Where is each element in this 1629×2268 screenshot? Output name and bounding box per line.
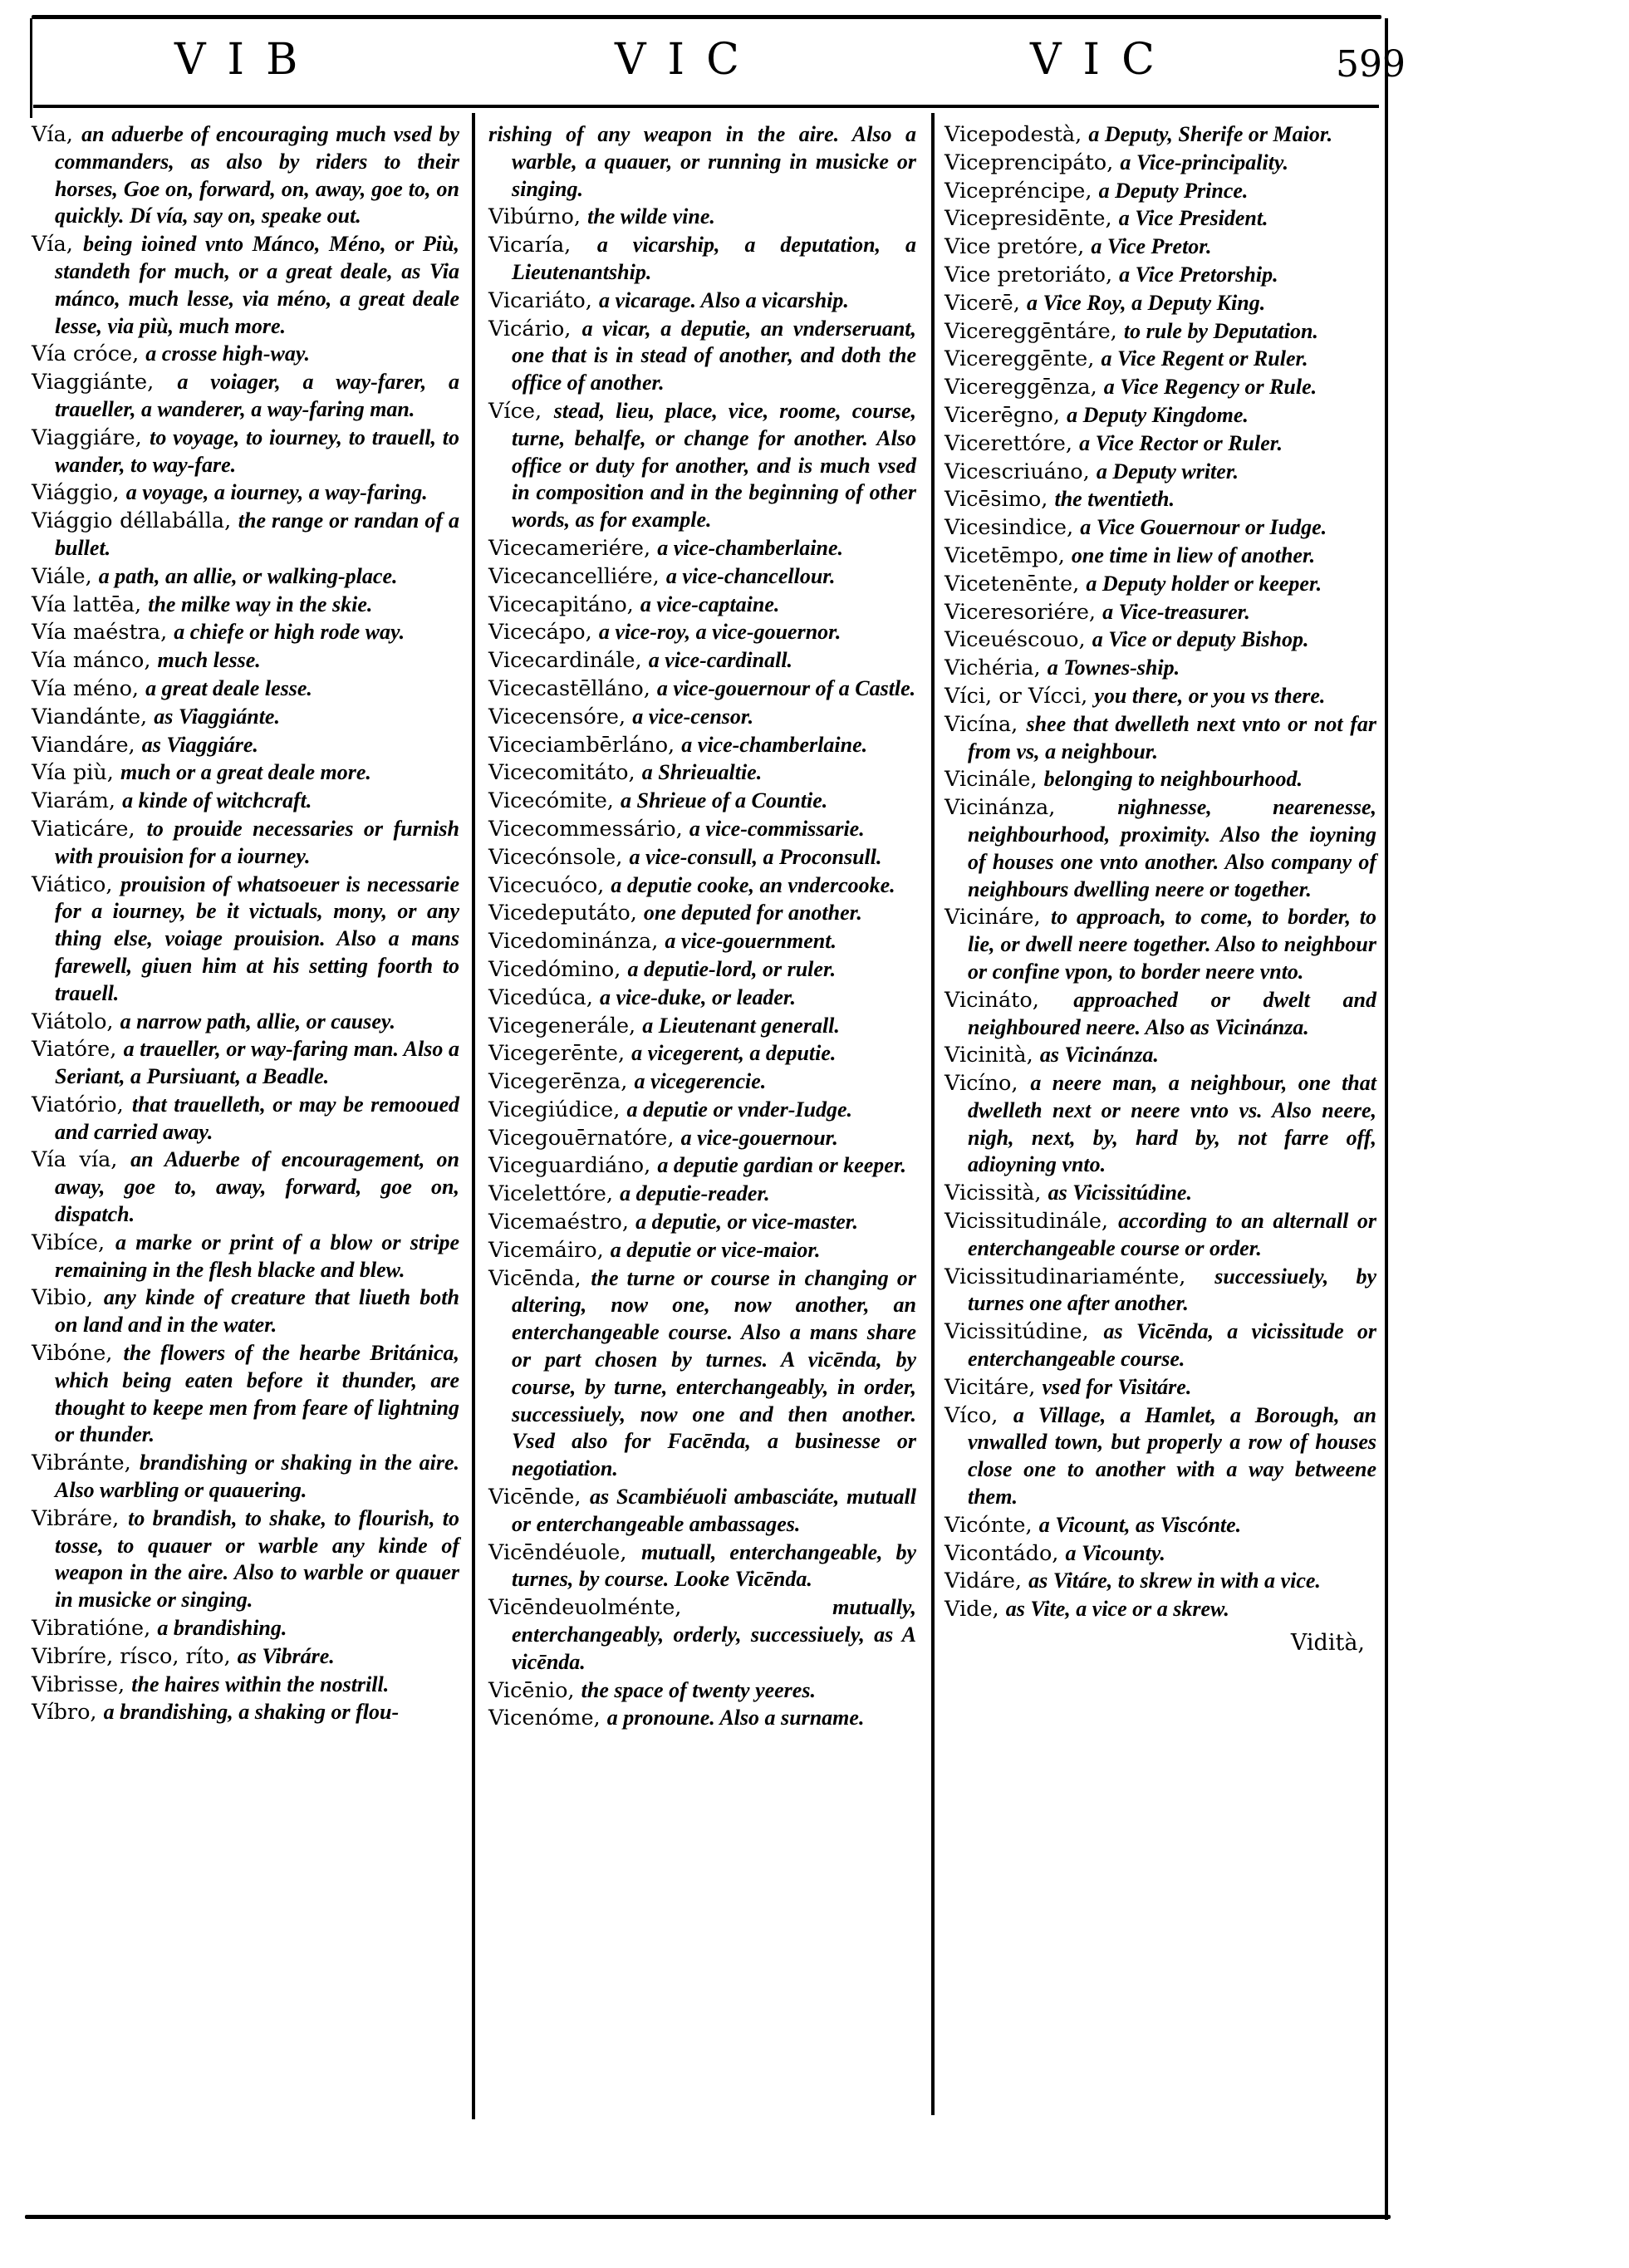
dictionary-entry: Vicegiúdice, a deputie or vnder-Iudge. bbox=[488, 1097, 916, 1124]
definition: a Deputy, Sherife or Maior. bbox=[1088, 122, 1332, 146]
definition: much lesse. bbox=[158, 648, 261, 672]
dictionary-entry: Vicecómite, a Shrieue of a Countie. bbox=[488, 788, 916, 815]
headword: Vicário, bbox=[488, 317, 571, 341]
headword: Vicecapitáno, bbox=[488, 592, 634, 617]
definition: as Vite, a vice or a skrew. bbox=[1006, 1597, 1229, 1621]
definition: one time in liew of another. bbox=[1072, 543, 1315, 567]
headword: Vía méno, bbox=[32, 676, 139, 701]
headword: Vía lattēa, bbox=[32, 592, 141, 617]
headword: Viaticáre, bbox=[32, 817, 135, 842]
dictionary-entry: Viággio, a voyage, a iourney, a way-fari… bbox=[32, 479, 459, 507]
dictionary-entry: Vibráre, to brandish, to shake, to flour… bbox=[32, 1505, 459, 1614]
headword: Vidáre, bbox=[945, 1568, 1022, 1593]
definition: as Vitáre, to skrew in with a vice. bbox=[1028, 1568, 1321, 1593]
definition: a Shrieualtie. bbox=[642, 760, 762, 784]
definition: a traueller, or way-faring man. Also a S… bbox=[55, 1037, 459, 1088]
dictionary-entry: Vicissitudinále, according to an alterna… bbox=[945, 1208, 1376, 1263]
dictionary-entry: Vicemaéstro, a deputie, or vice-master. bbox=[488, 1209, 916, 1236]
headword: Vicecomitáto, bbox=[488, 760, 635, 785]
definition: a Lieutenant generall. bbox=[642, 1014, 840, 1038]
definition: a vicar, a deputie, an vnderseruant, one… bbox=[512, 317, 916, 395]
dictionary-entry: Vicegerēnte, a vicegerent, a deputie. bbox=[488, 1040, 916, 1068]
definition: a Vicount, as Viscónte. bbox=[1039, 1513, 1241, 1537]
column-3: Vicepodestà, a Deputy, Sherife or Maior.… bbox=[945, 121, 1376, 1657]
dictionary-entry: Viátolo, a narrow path, allie, or causey… bbox=[32, 1009, 459, 1036]
dictionary-entry: Vicecensóre, a vice-censor. bbox=[488, 704, 916, 731]
headword: Vicesindice, bbox=[945, 515, 1073, 540]
headword: Viceprencipáto, bbox=[945, 150, 1113, 175]
dictionary-entry: Vicecuóco, a deputie cooke, an vndercook… bbox=[488, 872, 916, 900]
dictionary-entry: Vicário, a vicar, a deputie, an vnderser… bbox=[488, 316, 916, 397]
definition: the haires within the nostrill. bbox=[131, 1672, 389, 1696]
headword: Vicemáiro, bbox=[488, 1238, 604, 1263]
headword: Vice pretóre, bbox=[945, 234, 1084, 259]
headword: Vibratióne, bbox=[32, 1616, 150, 1641]
definition: a vice-commissarie. bbox=[689, 817, 865, 841]
headword: Viatóre, bbox=[32, 1037, 116, 1062]
definition: as Vicinánza. bbox=[1040, 1043, 1159, 1067]
dictionary-entry: Vicereggēntáre, to rule by Deputation. bbox=[945, 318, 1376, 346]
definition: stead, lieu, place, vice, roome, course,… bbox=[512, 399, 916, 532]
dictionary-entry: Vibúrno, the wilde vine. bbox=[488, 204, 916, 231]
headword: Vicontádo, bbox=[945, 1541, 1058, 1566]
headword: Vicegerēnza, bbox=[488, 1069, 627, 1094]
headword: Viceguardiáno, bbox=[488, 1153, 650, 1178]
dictionary-page: VIB VIC VIC 599 Vía, an aduerbe of encou… bbox=[25, 15, 1387, 2250]
catchword: Vidità, bbox=[945, 1630, 1376, 1657]
headword: Vicerettóre, bbox=[945, 431, 1072, 456]
definition: a Vice Regent or Ruler. bbox=[1102, 346, 1308, 371]
definition: as Vicissitúdine. bbox=[1048, 1181, 1192, 1205]
dictionary-entry: Viceciambērláno, a vice-chamberlaine. bbox=[488, 732, 916, 759]
left-guide-word: VIB bbox=[174, 35, 319, 85]
definition: you there, or you vs there. bbox=[1094, 684, 1325, 708]
headword: Vicereggēnza, bbox=[945, 375, 1097, 400]
definition: a path, an allie, or walking-place. bbox=[99, 564, 398, 588]
definition: a vice-gouernour. bbox=[681, 1126, 838, 1150]
definition: one deputed for another. bbox=[644, 901, 862, 925]
dictionary-entry: Vicecameriére, a vice-chamberlaine. bbox=[488, 535, 916, 562]
dictionary-entry: Více, stead, lieu, place, vice, roome, c… bbox=[488, 398, 916, 534]
headword: Vicaría, bbox=[488, 233, 571, 258]
headword: Vicecónsole, bbox=[488, 845, 622, 870]
definition: the flowers of the hearbe Británica, whi… bbox=[55, 1341, 459, 1446]
headword: Viaggiáre, bbox=[32, 425, 142, 450]
definition: a vice-duke, or leader. bbox=[600, 985, 796, 1009]
dictionary-entry: Vía maéstra, a chiefe or high rode way. bbox=[32, 619, 459, 646]
headword: Vía maéstra, bbox=[32, 620, 167, 645]
dictionary-entry: Vicecommessário, a vice-commissarie. bbox=[488, 816, 916, 843]
definition: a Vice President. bbox=[1119, 206, 1268, 230]
headword: Vía cróce, bbox=[32, 341, 139, 366]
headword: Vicecastēlláno, bbox=[488, 676, 650, 701]
definition: a Deputy holder or keeper. bbox=[1086, 572, 1322, 596]
headword: Vicedúca, bbox=[488, 985, 593, 1010]
dictionary-entry: Vicissitudinariaménte, successiuely, by … bbox=[945, 1264, 1376, 1318]
dictionary-entry: Vicecancelliére, a vice-chancellour. bbox=[488, 563, 916, 591]
dictionary-entry: Vidáre, as Vitáre, to skrew in with a vi… bbox=[945, 1568, 1376, 1595]
definition: a Vice Gouernour or Iudge. bbox=[1080, 515, 1327, 539]
dictionary-entry: Vicēnio, the space of twenty yeeres. bbox=[488, 1677, 916, 1705]
headword: Viceuéscouo, bbox=[945, 627, 1086, 652]
headword: Vicēsimo, bbox=[945, 487, 1048, 512]
definition: a pronoune. Also a surname. bbox=[607, 1706, 865, 1730]
definition: a vice-chamberlaine. bbox=[657, 536, 843, 560]
definition: a Deputy writer. bbox=[1097, 459, 1239, 484]
definition: a neere man, a neighbour, one that dwell… bbox=[968, 1071, 1376, 1176]
dictionary-entry: Vía lattēa, the milke way in the skie. bbox=[32, 592, 459, 619]
dictionary-entry: Vicēndeuolménte, mutually, enterchangeab… bbox=[488, 1594, 916, 1676]
definition: a Vice Roy, a Deputy King. bbox=[1027, 291, 1265, 315]
right-guide-word: VIC bbox=[1030, 35, 1176, 85]
definition: a brandishing. bbox=[157, 1616, 287, 1640]
dictionary-entry: Vicedominánza, a vice-gouernment. bbox=[488, 928, 916, 955]
definition: a crosse high-way. bbox=[145, 341, 310, 366]
headword: Víci, or Vícci, bbox=[945, 684, 1087, 709]
definition: a Vice Regency or Rule. bbox=[1104, 375, 1317, 399]
dictionary-entry: Vicína, shee that dwelleth next vnto or … bbox=[945, 711, 1376, 766]
headword: Vibíce, bbox=[32, 1230, 105, 1255]
dictionary-entry: Vicenóme, a pronoune. Also a surname. bbox=[488, 1705, 916, 1732]
headword: Viático, bbox=[32, 872, 112, 897]
dictionary-entry: Vicariáto, a vicarage. Also a vicarship. bbox=[488, 287, 916, 315]
dictionary-entry: Vide, as Vite, a vice or a skrew. bbox=[945, 1596, 1376, 1623]
headword: Více, bbox=[488, 399, 542, 424]
dictionary-entry: Vía méno, a great deale lesse. bbox=[32, 675, 459, 703]
headword: Vía, bbox=[32, 122, 73, 147]
dictionary-entry: Vicecastēlláno, a vice-gouernour of a Ca… bbox=[488, 675, 916, 703]
headword: Viceciambērláno, bbox=[488, 733, 675, 758]
headword: Vía più, bbox=[32, 760, 114, 785]
dictionary-entry: Vicerē, a Vice Roy, a Deputy King. bbox=[945, 290, 1376, 317]
headword: Vide, bbox=[945, 1597, 999, 1622]
definition: a deputie or vice-maior. bbox=[611, 1238, 821, 1262]
definition: being ioined vnto Mánco, Méno, or Più, s… bbox=[55, 232, 459, 337]
headword: Vicegerēnte, bbox=[488, 1041, 625, 1066]
definition: a narrow path, allie, or causey. bbox=[120, 1009, 395, 1033]
header-rule bbox=[33, 105, 1379, 108]
headword: Vicissità, bbox=[945, 1181, 1041, 1205]
headword: Vicēndeuolménte, bbox=[488, 1595, 681, 1620]
dictionary-entry: Vicedeputáto, one deputed for another. bbox=[488, 900, 916, 927]
headword: Vicecuóco, bbox=[488, 873, 604, 898]
headword: Vicissitúdine, bbox=[945, 1319, 1089, 1344]
definition: vsed for Visitáre. bbox=[1043, 1375, 1192, 1399]
definition: a Deputy Kingdome. bbox=[1067, 403, 1249, 427]
dictionary-entry: Viceuéscouo, a Vice or deputy Bishop. bbox=[945, 626, 1376, 654]
definition: the turne or course in changing or alter… bbox=[512, 1266, 916, 1481]
headword: Vibránte, bbox=[32, 1451, 131, 1475]
dictionary-entry: Vicíno, a neere man, a neighbour, one th… bbox=[945, 1070, 1376, 1179]
dictionary-entry: Vicegouērnatóre, a vice-gouernour. bbox=[488, 1125, 916, 1152]
headword: Vicinále, bbox=[945, 767, 1038, 792]
headword: Vicepréncipe, bbox=[945, 179, 1092, 204]
dictionary-entry: Vicetēmpo, one time in liew of another. bbox=[945, 542, 1376, 570]
headword: Vicissitudinariaménte, bbox=[945, 1264, 1185, 1289]
column-separator-2 bbox=[931, 113, 935, 2115]
definition: a great deale lesse. bbox=[145, 676, 312, 700]
dictionary-entry: Viceresoriére, a Vice-treasurer. bbox=[945, 599, 1376, 626]
headword: Vicegenerále, bbox=[488, 1014, 635, 1038]
definition: a Vice Rector or Ruler. bbox=[1079, 431, 1283, 455]
headword: Vicíno, bbox=[945, 1071, 1018, 1096]
definition: rishing of any weapon in the aire. Also … bbox=[488, 122, 916, 201]
headword: Vicedeputáto, bbox=[488, 901, 637, 925]
top-rule bbox=[32, 15, 1381, 19]
headword: Víco, bbox=[945, 1403, 998, 1428]
dictionary-entry: Vicesindice, a Vice Gouernour or Iudge. bbox=[945, 514, 1376, 542]
headword: Viaggiánte, bbox=[32, 370, 154, 395]
definition: a chiefe or high rode way. bbox=[174, 620, 405, 644]
definition: a brandishing, a shaking or flou- bbox=[104, 1700, 399, 1724]
definition: a Village, a Hamlet, a Borough, an vnwal… bbox=[968, 1403, 1376, 1509]
headword: Vicēnda, bbox=[488, 1266, 581, 1291]
dictionary-entry: Vibóne, the flowers of the hearbe Britán… bbox=[32, 1340, 459, 1449]
headword: Vicerē, bbox=[945, 291, 1020, 316]
dictionary-entry: Vicescriuáno, a Deputy writer. bbox=[945, 459, 1376, 486]
dictionary-entry: Vicecónsole, a vice-consull, a Proconsul… bbox=[488, 844, 916, 871]
headword: Vicedómino, bbox=[488, 957, 621, 982]
headword: Vicariáto, bbox=[488, 288, 592, 313]
dictionary-entry: Víci, or Vícci, you there, or you vs the… bbox=[945, 683, 1376, 710]
dictionary-entry: Viceguardiáno, a deputie gardian or keep… bbox=[488, 1152, 916, 1180]
dictionary-entry: Viarám, a kinde of witchcraft. bbox=[32, 788, 459, 815]
dictionary-entry: Vibríre, rísco, ríto, as Vibráre. bbox=[32, 1643, 459, 1671]
headword: Vicinánza, bbox=[945, 795, 1055, 820]
left-frame-line bbox=[30, 18, 32, 118]
dictionary-entry: Vicemáiro, a deputie or vice-maior. bbox=[488, 1237, 916, 1264]
dictionary-entry: Vibránte, brandishing or shaking in the … bbox=[32, 1450, 459, 1505]
dictionary-entry: Viatório, that trauelleth, or may be rem… bbox=[32, 1092, 459, 1146]
dictionary-entry: Vicepodestà, a Deputy, Sherife or Maior. bbox=[945, 121, 1376, 149]
dictionary-entry: Vicēnde, as Scambiéuoli ambasciáte, mutu… bbox=[488, 1484, 916, 1539]
dictionary-entry: Vía mánco, much lesse. bbox=[32, 647, 459, 675]
definition: a deputie or vnder-Iudge. bbox=[626, 1097, 852, 1122]
dictionary-entry: Vicepréncipe, a Deputy Prince. bbox=[945, 178, 1376, 205]
headword: Vicerēgno, bbox=[945, 403, 1060, 428]
headword: Vía mánco, bbox=[32, 648, 150, 673]
dictionary-entry: Viceprencipáto, a Vice-principality. bbox=[945, 150, 1376, 177]
dictionary-entry: Vicissità, as Vicissitúdine. bbox=[945, 1180, 1376, 1207]
dictionary-entry: Vicecápo, a vice-roy, a vice-gouernor. bbox=[488, 619, 916, 646]
dictionary-entry: Vía vía, an Aduerbe of encouragement, on… bbox=[32, 1146, 459, 1228]
headword: Vicecameriére, bbox=[488, 536, 650, 561]
dictionary-entry: Vicaría, a vicarship, a deputation, a Li… bbox=[488, 232, 916, 287]
definition: a vicarship, a deputation, a Lieutenants… bbox=[512, 233, 916, 284]
headword: Vicescriuáno, bbox=[945, 459, 1090, 484]
definition: a deputie cooke, an vndercooke. bbox=[611, 873, 895, 897]
headword: Vicecómite, bbox=[488, 788, 614, 813]
dictionary-entry: Viále, a path, an allie, or walking-plac… bbox=[32, 563, 459, 591]
dictionary-entry: Vicedómino, a deputie-lord, or ruler. bbox=[488, 956, 916, 984]
dictionary-entry: Vicinále, belonging to neighbourhood. bbox=[945, 766, 1376, 793]
definition: the wilde vine. bbox=[587, 204, 715, 228]
dictionary-entry: Vicónte, a Vicount, as Viscónte. bbox=[945, 1512, 1376, 1539]
dictionary-entry: Vibio, any kinde of creature that liueth… bbox=[32, 1284, 459, 1339]
definition: the space of twenty yeeres. bbox=[581, 1678, 816, 1702]
dictionary-entry: Vicecomitáto, a Shrieualtie. bbox=[488, 759, 916, 787]
headword: Viatório, bbox=[32, 1092, 124, 1117]
headword: Vicereggēntáre, bbox=[945, 319, 1117, 344]
headword: Vicenóme, bbox=[488, 1706, 601, 1730]
dictionary-entry: Vicedúca, a vice-duke, or leader. bbox=[488, 984, 916, 1012]
dictionary-entry: Vicetenēnte, a Deputy holder or keeper. bbox=[945, 571, 1376, 598]
headword: Vicecancelliére, bbox=[488, 564, 660, 589]
headword: Vicináre, bbox=[945, 905, 1041, 930]
headword: Víbro, bbox=[32, 1700, 97, 1725]
definition: as Vibráre. bbox=[238, 1644, 335, 1668]
dictionary-entry: Viaggiánte, a voiager, a way-farer, a tr… bbox=[32, 369, 459, 424]
dictionary-entry: Vicereggēnte, a Vice Regent or Ruler. bbox=[945, 346, 1376, 373]
definition: a vicegerent, a deputie. bbox=[631, 1041, 836, 1065]
dictionary-entry: Vicinánza, nighnesse, nearenesse, neighb… bbox=[945, 794, 1376, 903]
dictionary-entry: Vicecardinále, a vice-cardinall. bbox=[488, 647, 916, 675]
headword: Vibio, bbox=[32, 1285, 93, 1310]
dictionary-entry: Vibratióne, a brandishing. bbox=[32, 1615, 459, 1642]
definition: a kinde of witchcraft. bbox=[122, 788, 312, 812]
running-header: VIB VIC VIC 599 bbox=[33, 22, 1379, 105]
dictionary-entry: Viandánte, as Viaggiánte. bbox=[32, 704, 459, 731]
dictionary-entry: Víbro, a brandishing, a shaking or flou- bbox=[32, 1699, 459, 1726]
dictionary-entry: Vichéria, a Townes-ship. bbox=[945, 655, 1376, 682]
definition: much or a great deale more. bbox=[120, 760, 371, 784]
definition: a Vice Pretorship. bbox=[1119, 263, 1278, 287]
column-1: Vía, an aduerbe of encouraging much vsed… bbox=[32, 121, 459, 1727]
dictionary-entry: Vibrisse, the haires within the nostrill… bbox=[32, 1672, 459, 1699]
dictionary-entry: Vicelettóre, a deputie-reader. bbox=[488, 1181, 916, 1208]
headword: Vicecommessário, bbox=[488, 817, 683, 842]
headword: Vice pretoriáto, bbox=[945, 263, 1112, 287]
headword: Vicedominánza, bbox=[488, 929, 658, 954]
definition: a Deputy Prince. bbox=[1099, 179, 1249, 203]
dictionary-entry: Vibíce, a marke or print of a blow or st… bbox=[32, 1230, 459, 1284]
definition: a vice-gouernour of a Castle. bbox=[657, 676, 915, 700]
dictionary-entry: Vicegenerále, a Lieutenant generall. bbox=[488, 1013, 916, 1040]
dictionary-entry: Vicerettóre, a Vice Rector or Ruler. bbox=[945, 430, 1376, 458]
definition: a vicegerencie. bbox=[634, 1069, 766, 1093]
dictionary-entry: Viandáre, as Viaggiáre. bbox=[32, 732, 459, 759]
headword: Vicēnio, bbox=[488, 1678, 575, 1703]
dictionary-entry: Vicináre, to approach, to come, to borde… bbox=[945, 904, 1376, 985]
headword: Vibríre, rísco, ríto, bbox=[32, 1644, 231, 1669]
dictionary-entry: Viatóre, a traueller, or way-faring man.… bbox=[32, 1036, 459, 1091]
headword: Vicegiúdice, bbox=[488, 1097, 620, 1122]
definition: a vice-captaine. bbox=[640, 592, 780, 616]
dictionary-entry: Viaticáre, to prouide necessaries or fur… bbox=[32, 816, 459, 871]
headword: Vicereggēnte, bbox=[945, 346, 1094, 371]
dictionary-entry: Viággio déllabálla, the range or randan … bbox=[32, 508, 459, 562]
headword: Vibrisse, bbox=[32, 1672, 125, 1697]
definition: a Vice-treasurer. bbox=[1102, 600, 1250, 624]
dictionary-entry: Vicissitúdine, as Vicēnda, a vicissitude… bbox=[945, 1318, 1376, 1373]
definition: an aduerbe of encouraging much vsed by c… bbox=[55, 122, 459, 228]
bottom-rule bbox=[25, 2215, 1391, 2219]
headword: Vicepodestà, bbox=[945, 122, 1082, 147]
headword: Vicecápo, bbox=[488, 620, 592, 645]
dictionary-entry: Vía cróce, a crosse high-way. bbox=[32, 341, 459, 368]
definition: a vicarage. Also a vicarship. bbox=[599, 288, 849, 312]
right-frame-line bbox=[1385, 18, 1388, 2220]
definition: shee that dwelleth next vnto or not far … bbox=[968, 712, 1376, 763]
definition: any kinde of creature that liueth both o… bbox=[55, 1285, 459, 1337]
headword: Viále, bbox=[32, 564, 92, 589]
definition: a voyage, a iourney, a way-faring. bbox=[126, 480, 428, 504]
dictionary-entry: Vicecapitáno, a vice-captaine. bbox=[488, 592, 916, 619]
headword: Vicetēmpo, bbox=[945, 543, 1065, 568]
headword: Vicína, bbox=[945, 712, 1018, 737]
dictionary-entry: Vice pretóre, a Vice Pretor. bbox=[945, 233, 1376, 261]
dictionary-entry: Vía, being ioined vnto Mánco, Méno, or P… bbox=[32, 231, 459, 340]
dictionary-entry: Vicepresidēnte, a Vice President. bbox=[945, 205, 1376, 233]
definition: a deputie, or vice-master. bbox=[635, 1210, 858, 1234]
definition: as Viaggiánte. bbox=[154, 704, 280, 729]
definition: belonging to neighbourhood. bbox=[1044, 767, 1303, 791]
dictionary-entry: Vicegerēnza, a vicegerencie. bbox=[488, 1068, 916, 1096]
headword: Vichéria, bbox=[945, 655, 1041, 680]
headword: Vibráre, bbox=[32, 1506, 119, 1531]
dictionary-entry: Víco, a Village, a Hamlet, a Borough, an… bbox=[945, 1402, 1376, 1511]
headword: Vicinità, bbox=[945, 1043, 1033, 1068]
dictionary-entry: Viático, prouision of whatsoeuer is nece… bbox=[32, 871, 459, 1008]
definition: a vice-roy, a vice-gouernor. bbox=[599, 620, 841, 644]
headword: Vicecardinále, bbox=[488, 648, 642, 673]
headword: Vicelettóre, bbox=[488, 1181, 613, 1206]
dictionary-entry: Vicēndéuole, mutuall, enterchangeable, b… bbox=[488, 1539, 916, 1594]
dictionary-entry: Vicinità, as Vicinánza. bbox=[945, 1042, 1376, 1069]
definition: a vice-chamberlaine. bbox=[681, 733, 867, 757]
dictionary-entry: Vicēnda, the turne or course in changing… bbox=[488, 1265, 916, 1483]
definition: a Vice or deputy Bishop. bbox=[1092, 627, 1309, 651]
column-separator-1 bbox=[472, 113, 475, 2119]
headword: Viátolo, bbox=[32, 1009, 114, 1034]
dictionary-entry: Viaggiáre, to voyage, to iourney, to tra… bbox=[32, 425, 459, 479]
headword: Vicitáre, bbox=[945, 1375, 1035, 1400]
definition: prouision of whatsoeuer is necessarie fo… bbox=[55, 872, 459, 1005]
definition: the twentieth. bbox=[1054, 487, 1174, 511]
headword: Viággio, bbox=[32, 480, 120, 505]
page-number: 599 bbox=[1336, 43, 1406, 86]
dictionary-entry: Vía, an aduerbe of encouraging much vsed… bbox=[32, 121, 459, 230]
definition: a Vicounty. bbox=[1066, 1541, 1165, 1565]
definition: to rule by Deputation. bbox=[1124, 319, 1318, 343]
definition: a vice-consull, a Proconsull. bbox=[629, 845, 881, 869]
headword: Vicegouērnatóre, bbox=[488, 1126, 675, 1151]
definition: a deputie-reader. bbox=[620, 1181, 770, 1205]
definition: a vice-gouernment. bbox=[665, 929, 837, 953]
definition: a Vice Pretor. bbox=[1091, 234, 1211, 258]
headword: Viandánte, bbox=[32, 704, 147, 729]
headword: Vicēndéuole, bbox=[488, 1540, 626, 1565]
dictionary-entry: Vía più, much or a great deale more. bbox=[32, 759, 459, 787]
dictionary-entry: rishing of any weapon in the aire. Also … bbox=[488, 121, 916, 203]
definition: a Shrieue of a Countie. bbox=[621, 788, 827, 812]
dictionary-entry: Vicitáre, vsed for Visitáre. bbox=[945, 1374, 1376, 1402]
center-guide-word: VIC bbox=[615, 35, 761, 85]
headword: Viceresoriére, bbox=[945, 600, 1096, 625]
headword: Vicónte, bbox=[945, 1513, 1033, 1538]
definition: as Viaggiáre. bbox=[142, 733, 258, 757]
definition: a marke or print of a blow or stripe rem… bbox=[55, 1230, 459, 1282]
column-2: rishing of any weapon in the aire. Also … bbox=[488, 121, 916, 1733]
dictionary-entry: Vicerēgno, a Deputy Kingdome. bbox=[945, 402, 1376, 430]
headword: Vibóne, bbox=[32, 1341, 112, 1366]
definition: a Vice-principality. bbox=[1120, 150, 1288, 174]
definition: a deputie-lord, or ruler. bbox=[628, 957, 837, 981]
headword: Viarám, bbox=[32, 788, 115, 813]
headword: Vibúrno, bbox=[488, 204, 581, 229]
definition: the milke way in the skie. bbox=[148, 592, 372, 616]
dictionary-entry: Vicēsimo, the twentieth. bbox=[945, 486, 1376, 513]
